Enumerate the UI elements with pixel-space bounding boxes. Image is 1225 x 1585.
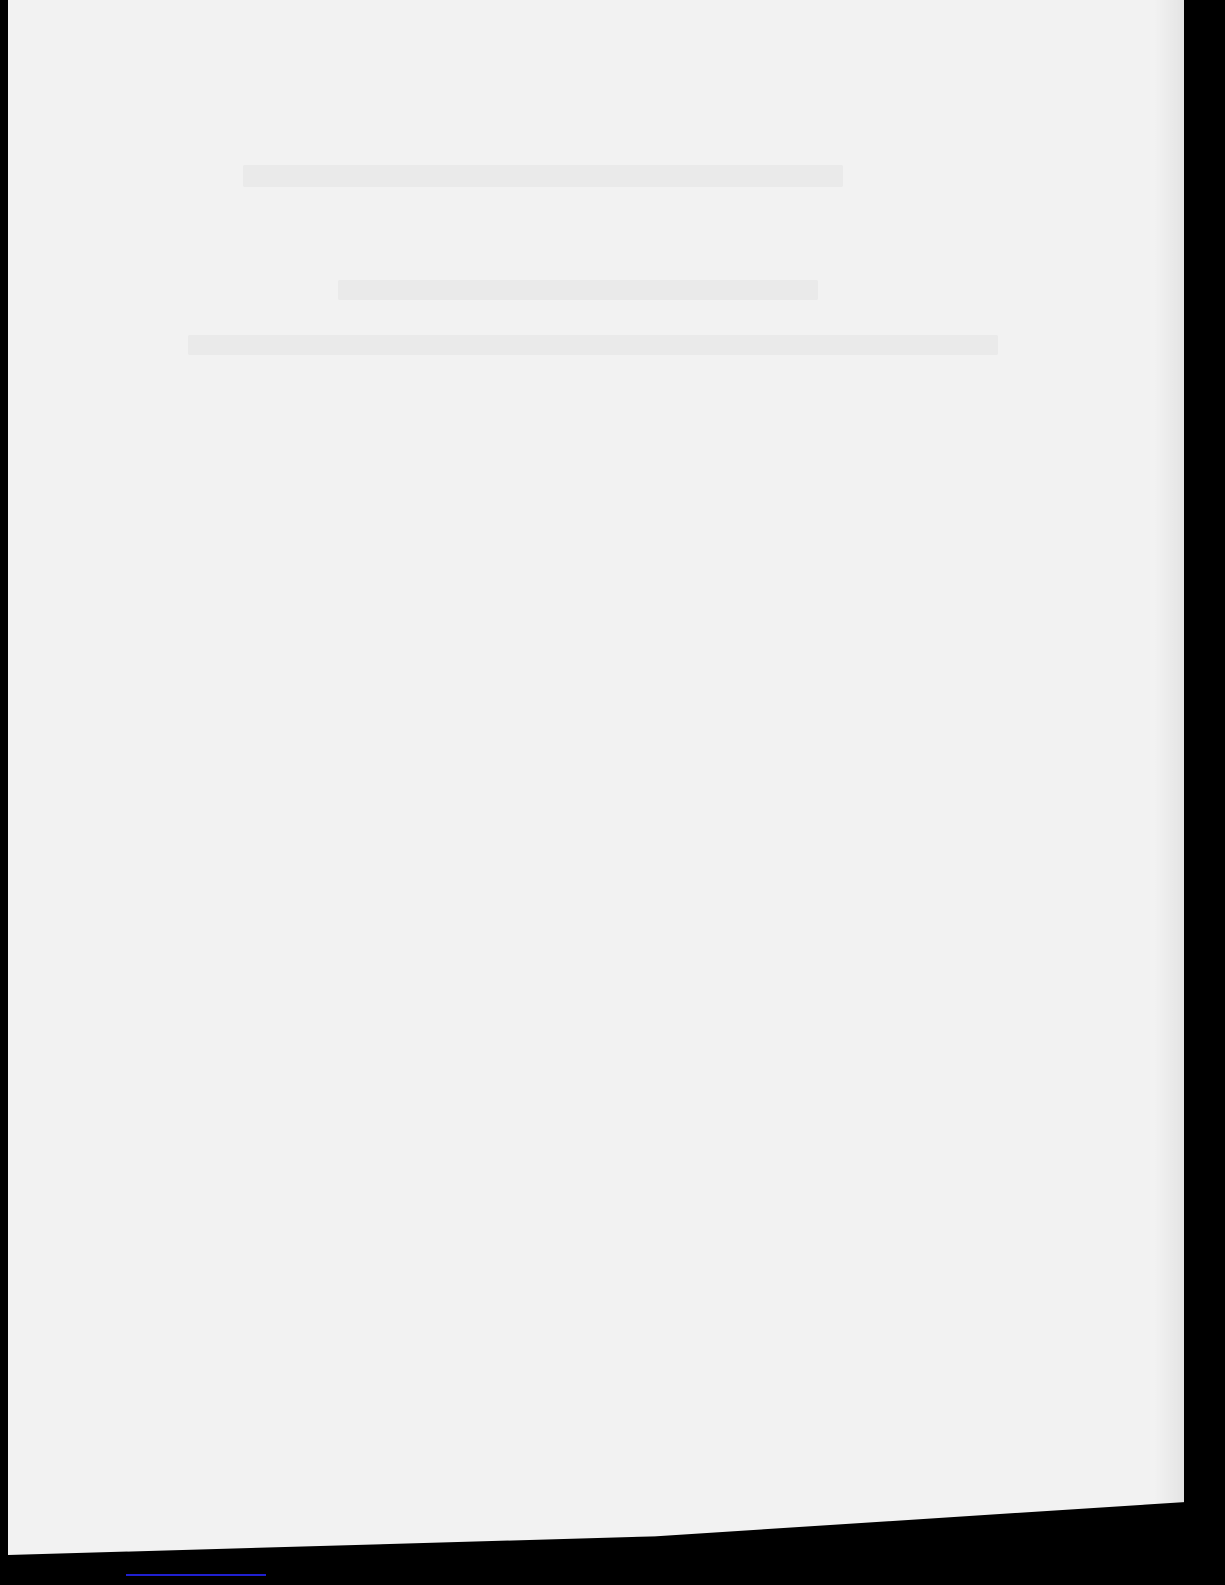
bleed-through-line: [338, 280, 818, 300]
page-edge-shadow: [1154, 0, 1184, 1555]
bleed-through-line: [243, 165, 843, 187]
scanned-page: [8, 0, 1184, 1555]
scan-mark: [126, 1574, 266, 1576]
bleed-through-line: [188, 335, 998, 355]
